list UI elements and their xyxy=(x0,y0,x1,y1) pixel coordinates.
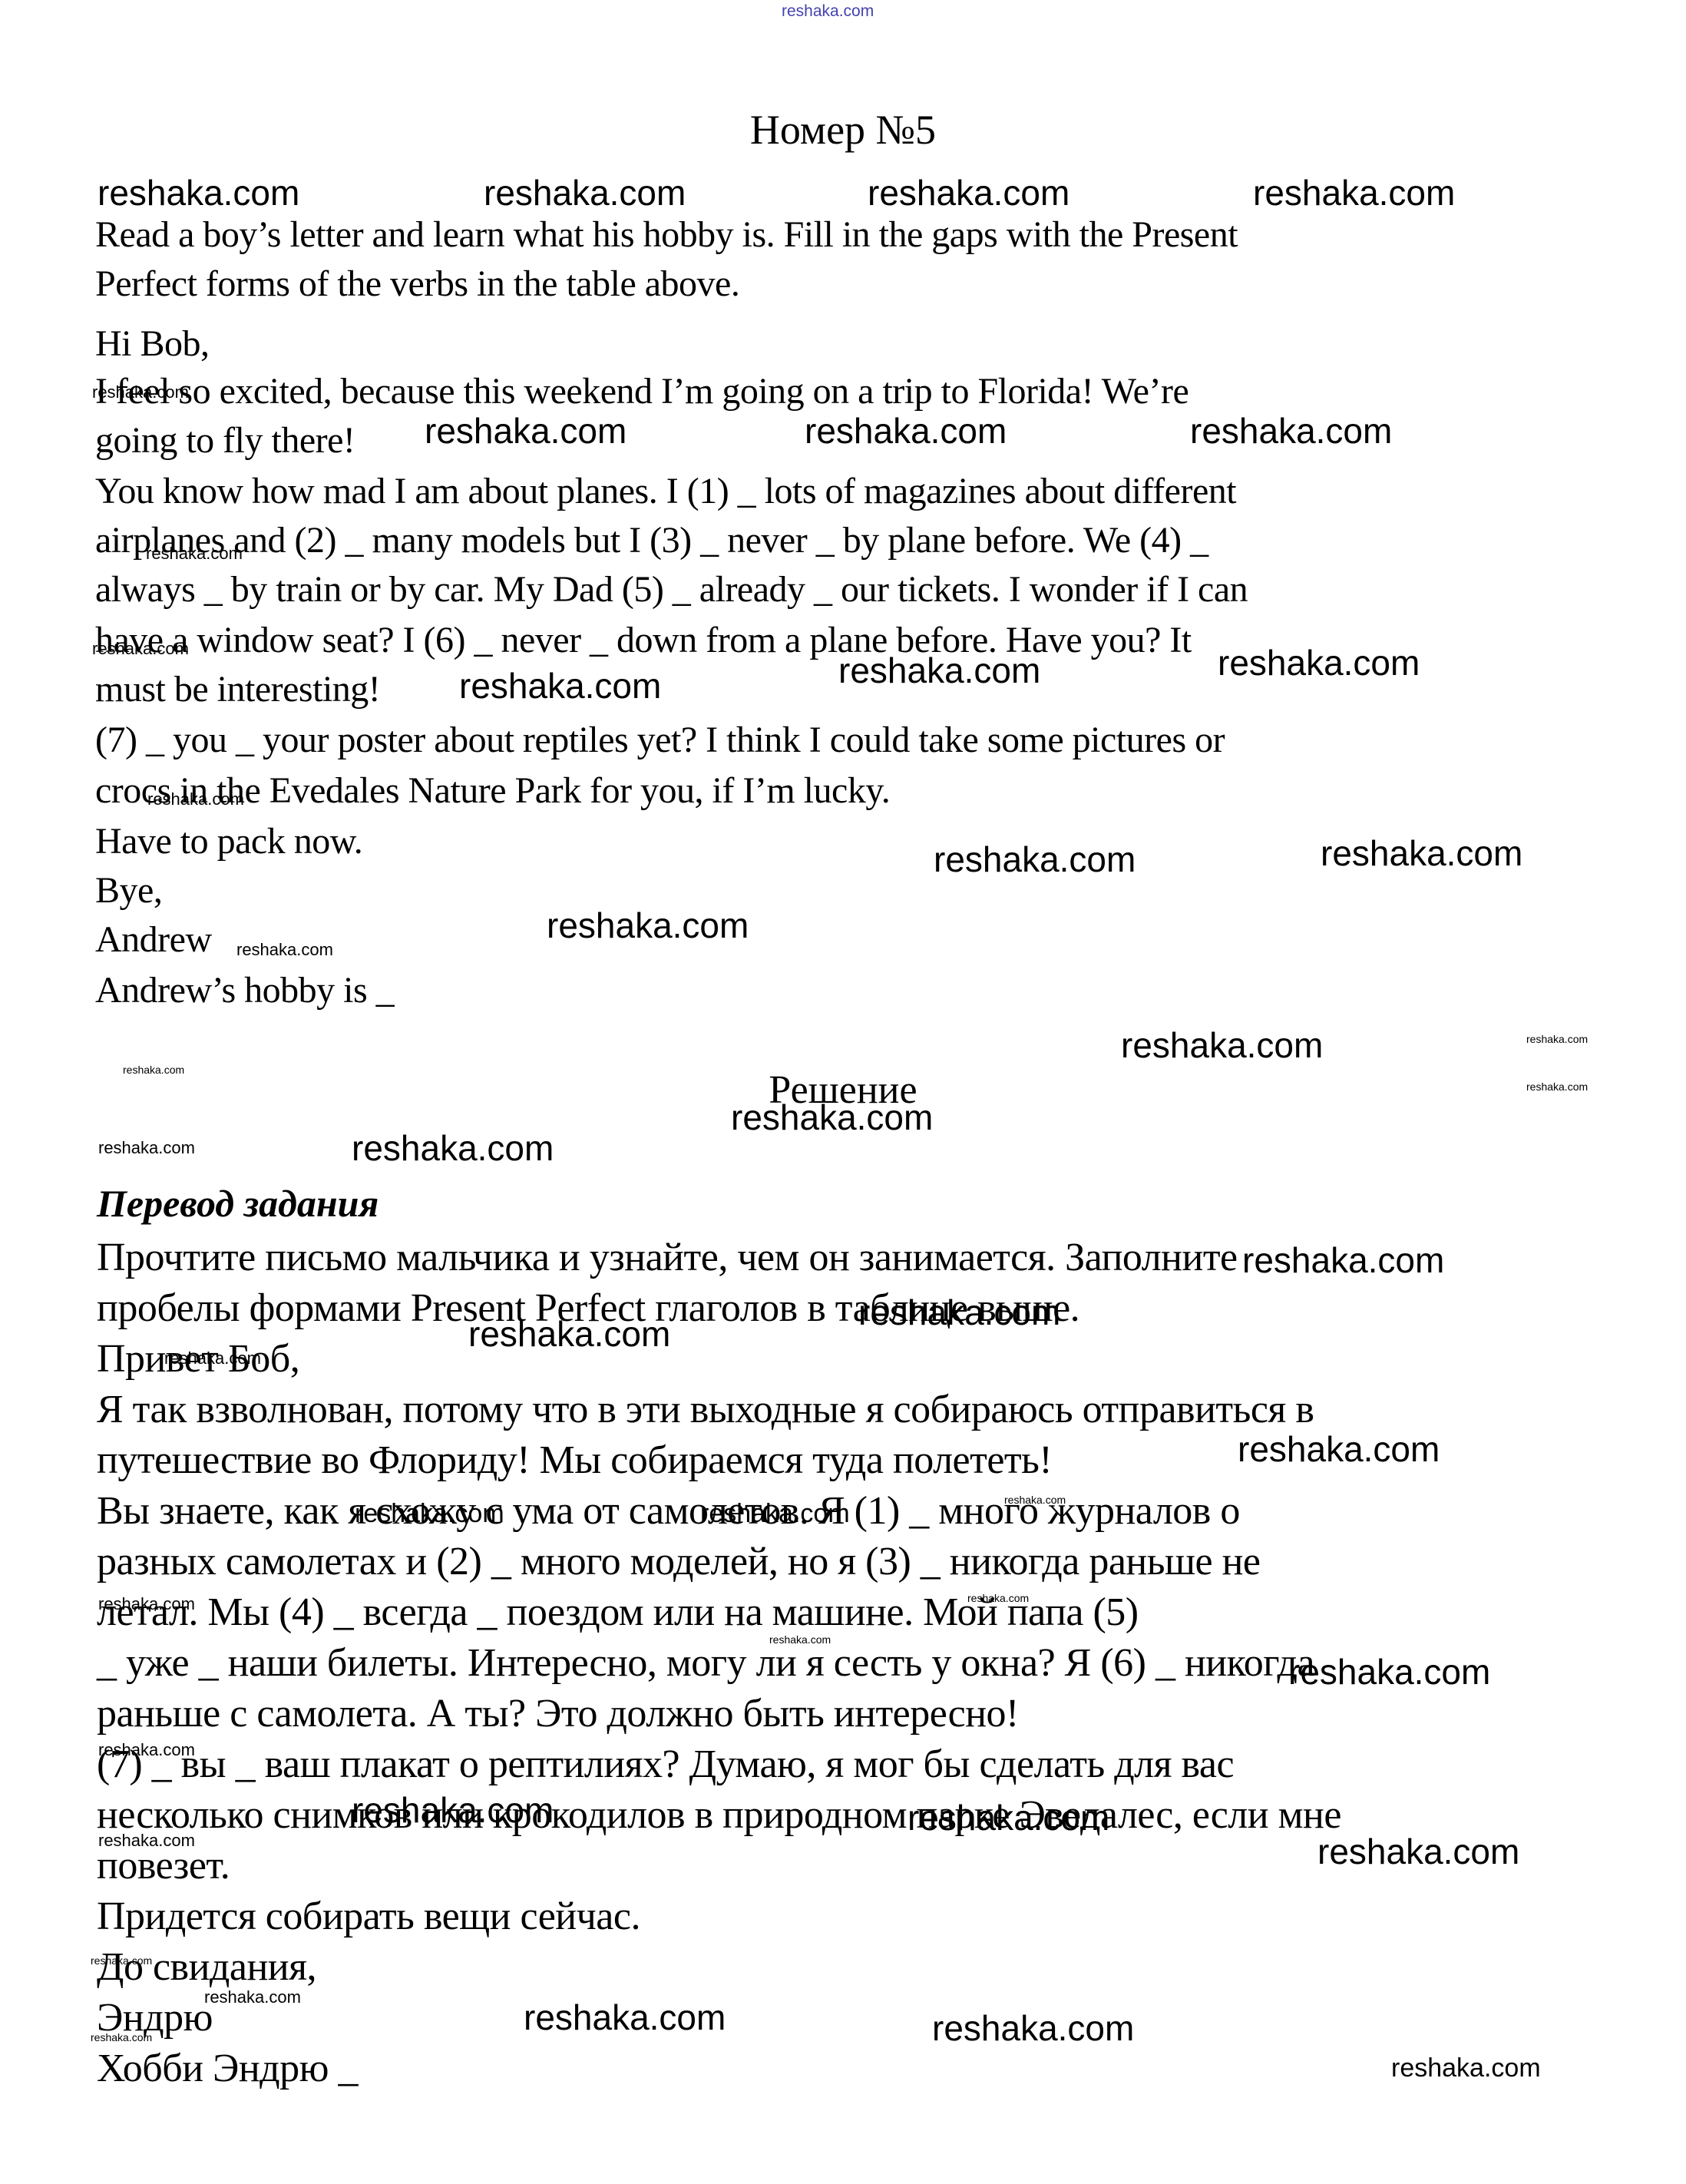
text-line: I feel so excited, because this weekend … xyxy=(95,370,1188,412)
watermark-reshaka: reshaka.com xyxy=(967,1593,1029,1603)
text-line: airplanes and (2) _ many models but I (3… xyxy=(95,519,1208,561)
watermark-reshaka: reshaka.com xyxy=(1004,1494,1066,1505)
text-line: Perfect forms of the verbs in the table … xyxy=(95,263,739,305)
text-line: Andrew’s hobby is _ xyxy=(95,969,394,1011)
text-line: Hi Bob, xyxy=(95,323,210,365)
watermark-reshaka: reshaka.com xyxy=(98,1742,195,1759)
text-line: Have to pack now. xyxy=(95,820,362,862)
watermark-reshaka: reshaka.com xyxy=(1190,413,1392,448)
text-line: путешествие во Флориду! Мы собираемся ту… xyxy=(97,1438,1052,1483)
text-line: Хобби Эндрю _ xyxy=(97,2046,358,2091)
text-line: Придется собирать вещи сейчас. xyxy=(97,1894,640,1939)
watermark-reshaka: reshaka.com xyxy=(91,1955,152,1966)
watermark-reshaka: reshaka.com xyxy=(769,1634,831,1645)
watermark-reshaka: reshaka.com xyxy=(98,1832,195,1849)
text-line: must be interesting! xyxy=(95,668,380,710)
watermark-reshaka: reshaka.com xyxy=(98,1140,195,1157)
watermark-reshaka-blue: reshaka.com xyxy=(782,3,874,19)
text-line: always _ by train or by car. My Dad (5) … xyxy=(95,568,1248,611)
text-line: _ уже _ наши билеты. Интересно, могу ли … xyxy=(97,1640,1314,1686)
watermark-reshaka: reshaka.com xyxy=(1391,2055,1541,2081)
text-line: Read a boy’s letter and learn what his h… xyxy=(95,213,1238,256)
watermark-reshaka: reshaka.com xyxy=(164,1350,261,1367)
document-page: reshaka.com Номер №5 reshaka.com reshaka… xyxy=(0,0,1686,2184)
watermark-reshaka: reshaka.com xyxy=(352,1130,554,1166)
text-line: Вы знаете, как я схожу с ума от самолето… xyxy=(97,1488,1240,1534)
text-line: Bye, xyxy=(95,869,162,912)
watermark-reshaka: reshaka.com xyxy=(147,791,244,808)
watermark-reshaka: reshaka.com xyxy=(92,640,189,657)
watermark-reshaka: reshaka.com xyxy=(204,1989,301,2006)
watermark-reshaka: reshaka.com xyxy=(907,1800,1109,1835)
watermark-reshaka: reshaka.com xyxy=(468,1316,670,1352)
watermark-reshaka: reshaka.com xyxy=(92,384,189,401)
text-line: Прочтите письмо мальчика и узнайте, чем … xyxy=(97,1235,1238,1280)
watermark-reshaka: reshaka.com xyxy=(858,1295,1060,1330)
watermark-reshaka: reshaka.com xyxy=(547,908,749,943)
watermark-reshaka: reshaka.com xyxy=(731,1100,933,1135)
watermark-reshaka: reshaka.com xyxy=(91,2032,152,2043)
watermark-reshaka: reshaka.com xyxy=(1253,175,1455,210)
watermark-reshaka: reshaka.com xyxy=(838,653,1040,688)
text-line: До свидания, xyxy=(97,1944,316,1990)
translation-heading: Перевод задания xyxy=(97,1181,379,1226)
text-line: Andrew xyxy=(95,918,212,961)
watermark-reshaka: reshaka.com xyxy=(98,1596,195,1613)
watermark-reshaka: reshaka.com xyxy=(146,545,243,562)
text-line: (7) _ вы _ ваш плакат о рептилиях? Думаю… xyxy=(97,1742,1234,1787)
watermark-reshaka: reshaka.com xyxy=(1526,1034,1588,1044)
text-line: Я так взволнован, потому что в эти выход… xyxy=(97,1387,1314,1432)
watermark-reshaka: reshaka.com xyxy=(355,1501,504,1527)
text-line: going to fly there! xyxy=(95,419,355,462)
watermark-reshaka: reshaka.com xyxy=(932,2010,1134,2046)
text-line: (7) _ you _ your poster about reptiles y… xyxy=(95,719,1225,761)
text-line: You know how mad I am about planes. I (1… xyxy=(95,470,1236,512)
page-title: Номер №5 xyxy=(0,106,1686,154)
text-line: разных самолетах и (2) _ много моделей, … xyxy=(97,1539,1261,1584)
watermark-reshaka: reshaka.com xyxy=(236,941,333,958)
watermark-reshaka: reshaka.com xyxy=(1218,645,1420,680)
watermark-reshaka: reshaka.com xyxy=(459,668,661,703)
text-line: раньше с самолета. А ты? Это должно быть… xyxy=(97,1691,1019,1736)
watermark-reshaka: reshaka.com xyxy=(98,175,299,210)
watermark-reshaka: reshaka.com xyxy=(805,413,1007,448)
watermark-reshaka: reshaka.com xyxy=(1242,1243,1444,1278)
watermark-reshaka: reshaka.com xyxy=(1121,1027,1323,1063)
watermark-reshaka: reshaka.com xyxy=(1321,836,1522,871)
watermark-reshaka: reshaka.com xyxy=(1238,1431,1440,1467)
text-line: несколько снимков или крокодилов в приро… xyxy=(97,1792,1341,1838)
watermark-reshaka: reshaka.com xyxy=(868,175,1069,210)
watermark-reshaka: reshaka.com xyxy=(524,2000,726,2035)
watermark-reshaka: reshaka.com xyxy=(934,842,1136,877)
watermark-reshaka: reshaka.com xyxy=(1288,1654,1490,1689)
watermark-reshaka: reshaka.com xyxy=(1317,1834,1519,1869)
watermark-reshaka: reshaka.com xyxy=(484,175,686,210)
watermark-reshaka: reshaka.com xyxy=(700,1501,850,1527)
watermark-reshaka: reshaka.com xyxy=(352,1792,554,1828)
watermark-reshaka: reshaka.com xyxy=(425,413,626,448)
